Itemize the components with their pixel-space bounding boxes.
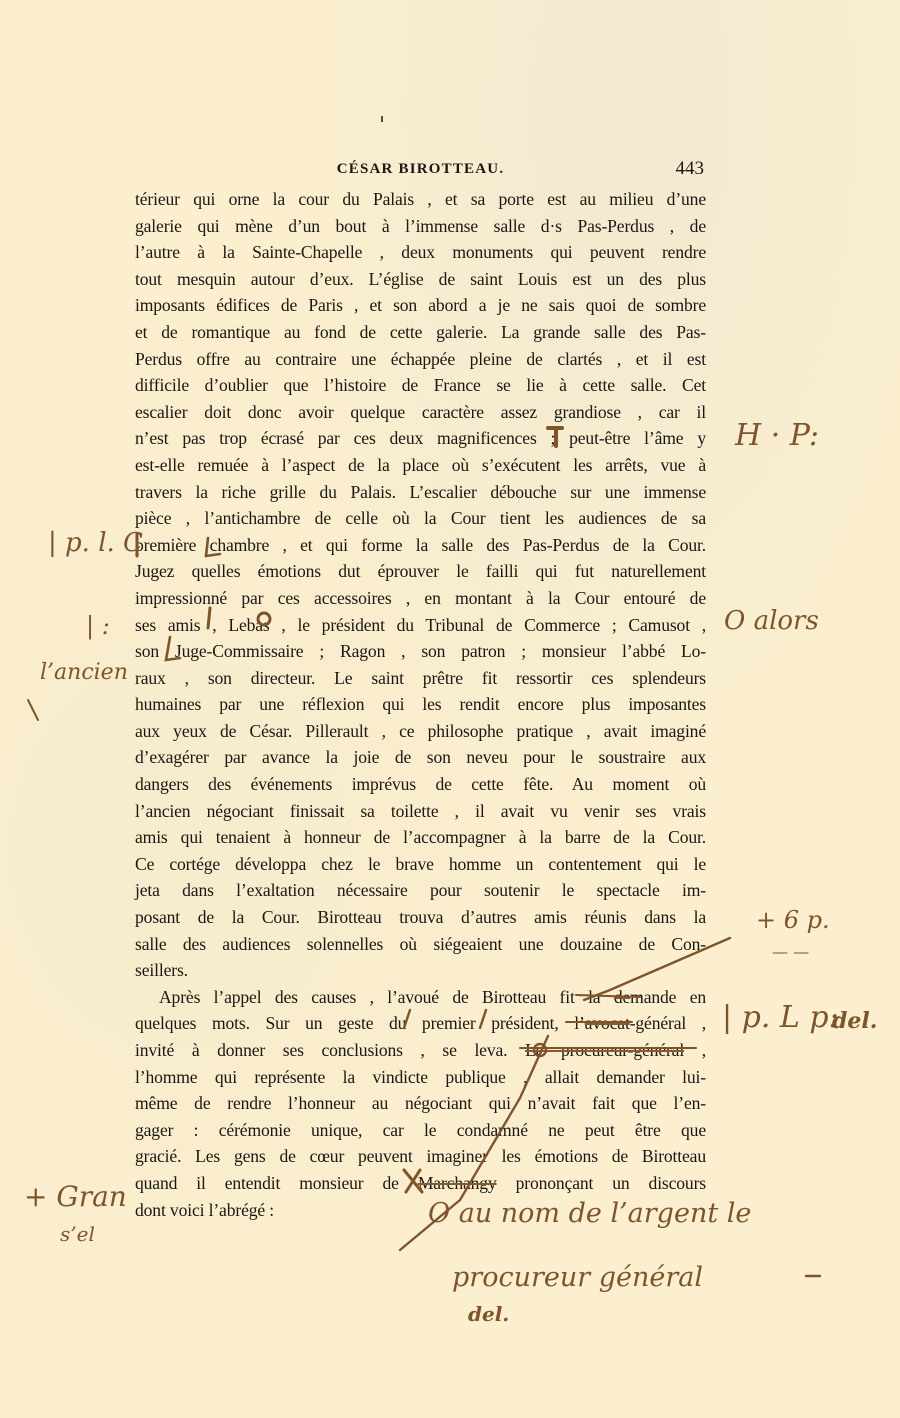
annotation-caret: + 6 p. [756, 906, 830, 934]
annotation-lp: | p. L p: [722, 1000, 839, 1035]
annotation-caret-sub: — — [772, 942, 809, 961]
text-line: n’est pas trop écrasé par ces deux magni… [135, 425, 706, 452]
text-span: mande en [630, 987, 706, 1007]
annotation-lplc: | p. l. C [48, 528, 143, 558]
struck-text: de [614, 987, 630, 1007]
text-line: seillers. [135, 957, 706, 984]
text-line: galerie qui mène d’un bout à l’immense s… [135, 213, 706, 240]
paragraph-2-line-8: quand il entendit monsieur de Marchangy … [135, 1170, 706, 1197]
text-line: térieur qui orne la cour du Palais , et … [135, 186, 706, 213]
struck-text: Le procureur-général [525, 1040, 684, 1060]
text-line: tout mesquin autour d’eux. L’église de s… [135, 266, 706, 293]
text-line: est-elle remuée à l’aspect de la place o… [135, 452, 706, 479]
text-span: invité à donner ses conclusions , se lev… [135, 1040, 525, 1060]
page-number: 443 [676, 158, 705, 180]
body-text: térieur qui orne la cour du Palais , et … [135, 186, 706, 1223]
text-span: quand il entendit monsieur de [135, 1173, 418, 1193]
text-line: ses amis , Lebas , le président du Tribu… [135, 612, 706, 639]
page-header: CÉSAR BIROTTEAU. 443 [135, 158, 706, 184]
annotation-insert-line-1: O au nom de l’argent le [428, 1198, 751, 1229]
text-line: l’ancien négociant finissait sa toilette… [135, 798, 706, 825]
text-line: humaines par une réflexion qui les rendi… [135, 691, 706, 718]
text-line: Perdus offre au contraire une échappée p… [135, 346, 706, 373]
book-page: CÉSAR BIROTTEAU. 443 térieur qui orne la… [0, 0, 900, 1418]
text-span: -général , [630, 1013, 706, 1033]
annotation-hp: H · P: [735, 418, 819, 453]
paragraph-2-line-6: gager : cérémonie unique, car le condamn… [135, 1117, 706, 1144]
paragraph-2-line-7: gracié. Les gens de cœur peuvent imagine… [135, 1143, 706, 1170]
paragraph-2-line-3: invité à donner ses conclusions , se lev… [135, 1037, 706, 1064]
paragraph-2-line-4: l’homme qui représente la vindicte publi… [135, 1064, 706, 1091]
text-line: raux , son directeur. Le saint prêtre fi… [135, 665, 706, 692]
text-line: salle des audiences solennelles où siége… [135, 931, 706, 958]
text-span: prononçant un discours [497, 1173, 706, 1193]
text-span: , [684, 1040, 706, 1060]
text-line: première chambre , et qui forme la salle… [135, 532, 706, 559]
text-line: son Juge-Commissaire ; Ragon , son patro… [135, 638, 706, 665]
paragraph-2-line-2: quelques mots. Sur un geste du premier p… [135, 1010, 706, 1037]
annotation-delete-mark-bottom: del. [468, 1302, 509, 1326]
page-mark [381, 116, 383, 122]
annotation-oalors: O alors [724, 606, 819, 636]
text-line: impressionné par ces accessoires , en mo… [135, 585, 706, 612]
text-line: pièce , l’antichambre de celle où la Cou… [135, 505, 706, 532]
text-line: imposants édifices de Paris , et son abo… [135, 292, 706, 319]
text-line: travers la riche grille du Palais. L’esc… [135, 479, 706, 506]
text-span: quelques mots. Sur un geste du premier p… [135, 1013, 585, 1033]
text-line: l’autre à la Sainte-Chapelle , deux monu… [135, 239, 706, 266]
text-line: amis qui tenaient à honneur de l’accompa… [135, 824, 706, 851]
text-line: et de romantique au fond de cette galeri… [135, 319, 706, 346]
struck-text: Marchangy [418, 1173, 497, 1193]
annotation-insert-line-2: procureur général [452, 1262, 703, 1293]
paragraph-2-line-5: même de rendre l’honneur au négociant qu… [135, 1090, 706, 1117]
annotation-delete-mark: del. [832, 1008, 877, 1034]
text-line: Ce cortége développa chez le brave homme… [135, 851, 706, 878]
text-line: difficile d’oublier que l’histoire de Fr… [135, 372, 706, 399]
text-span: Après l’appel des causes , l’avoué de Bi… [159, 987, 614, 1007]
paragraph-2-line-1: Après l’appel des causes , l’avoué de Bi… [135, 984, 706, 1011]
annotation-gran: + Gran [24, 1180, 127, 1213]
running-title: CÉSAR BIROTTEAU. [135, 161, 706, 178]
text-line: escalier doit donc avoir quelque caractè… [135, 399, 706, 426]
annotation-bar: | : [86, 612, 110, 640]
struck-text: avocat [585, 1013, 630, 1033]
annotation-lancien: l’ancien [40, 660, 128, 685]
text-line: aux yeux de César. Pillerault , ce philo… [135, 718, 706, 745]
text-line: dangers des événements imprévus de cette… [135, 771, 706, 798]
text-line: Jugez quelles émotions dut éprouver le f… [135, 558, 706, 585]
text-line: d’exagérer par avance la joie de son nev… [135, 744, 706, 771]
text-line: posant de la Cour. Birotteau trouva d’au… [135, 904, 706, 931]
annotation-sel: s’el [60, 1222, 95, 1246]
text-line: jeta dans l’exaltation nécessaire pour s… [135, 877, 706, 904]
